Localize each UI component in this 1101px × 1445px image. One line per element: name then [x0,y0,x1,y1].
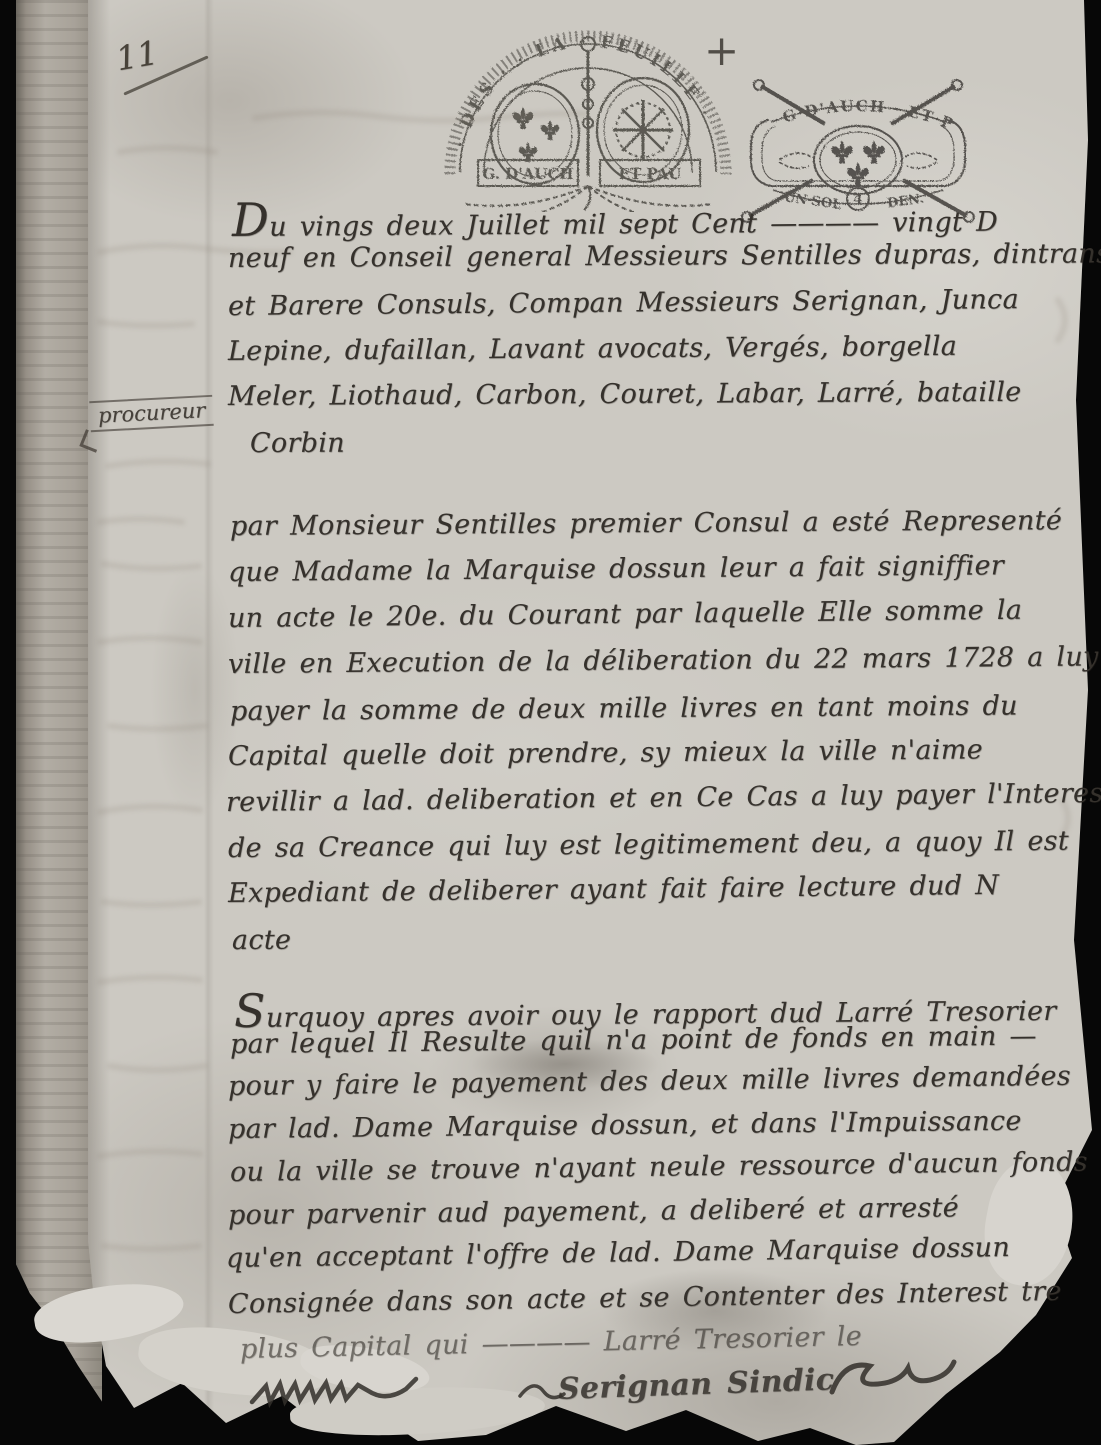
manuscript-line: neuf en Conseil general Messieurs Sentil… [228,238,1101,274]
manuscript-line: Du vings deux Juillet mil sept Cent ————… [232,188,998,247]
margin-note-procureur: procureur [89,395,214,432]
stamp-left-banner-right: ET PAU [619,165,682,183]
manuscript-line: Corbin [250,428,345,459]
manuscript-line: acte [232,925,291,956]
manuscript-line: Lepine, dufaillan, Lavant avocats, Vergé… [228,331,957,367]
manuscript-line: Capital quelle doit prendre, sy mieux la… [228,734,983,772]
manuscript-line: par Monsieur Sentilles premier Consul a … [230,505,1062,542]
manuscript-line: payer la somme de deux mille livres en t… [230,691,1018,727]
tax-stamp-left: · DES · · LA · FEUILLE · G. D'AUCH ET PA… [438,22,738,212]
manuscript-line: Meler, Liothaud, Carbon, Couret, Labar, … [228,377,1022,412]
stamp-left-banner-left: G. D'AUCH [482,165,573,183]
folio-number: 11 [113,33,161,79]
